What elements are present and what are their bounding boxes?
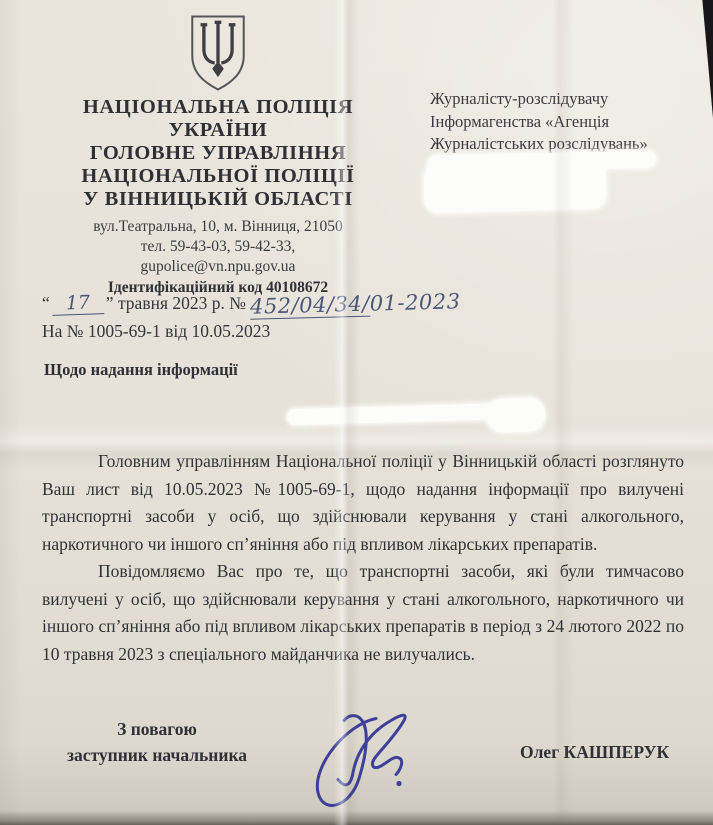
redaction-recipient-address [423, 161, 606, 214]
signer-position: заступник начальника [42, 742, 272, 768]
scanned-letter-page: НАЦІОНАЛЬНА ПОЛІЦІЯ УКРАЇНИ ГОЛОВНЕ УПРА… [0, 0, 713, 825]
handwritten-day: 17 [51, 291, 104, 316]
org-phone: тел. 59-43-03, 59-42-33, [43, 237, 393, 256]
photo-background-corner [700, 0, 713, 118]
org-name-line: НАЦІОНАЛЬНА ПОЛІЦІЯ [43, 96, 393, 119]
handwritten-outgoing-number: 452/04/34/01-2023 [250, 289, 461, 319]
handwritten-signature [296, 684, 446, 825]
date-number-line: “17” травня 2023 р. № 452/04/34/01-2023 [42, 292, 562, 316]
photo-bottom-shadow [0, 811, 713, 825]
incoming-reference-line: На № 1005-69-1 від 10.05.2023 [42, 321, 562, 342]
closing-phrase: З повагою [42, 716, 272, 742]
reference-block: “17” травня 2023 р. № 452/04/34/01-2023 … [42, 292, 562, 342]
recipient-block: Журналісту-розслідувачу Інформагенства «… [430, 88, 695, 156]
org-name-line: НАЦІОНАЛЬНОЇ ПОЛІЦІЇ [43, 165, 393, 188]
body-paragraph-2: Повідомляємо Вас про те, що транспортні … [42, 558, 684, 668]
org-email: gupolice@vn.npu.gov.ua [43, 257, 393, 276]
org-name-line: У ВІННИЦЬКІЙ ОБЛАСТІ [43, 188, 393, 211]
subject-line: Щодо надання інформації [44, 360, 238, 380]
recipient-line: Інформагенства «Агенція [430, 111, 695, 134]
signoff-block: З повагою заступник начальника [42, 716, 272, 768]
printed-date-text: травня 2023 р. № [114, 293, 246, 313]
org-name-line: ГОЛОВНЕ УПРАВЛІННЯ [43, 142, 393, 165]
letterhead: НАЦІОНАЛЬНА ПОЛІЦІЯ УКРАЇНИ ГОЛОВНЕ УПРА… [43, 14, 393, 298]
close-quote: ” [106, 293, 114, 313]
signer-name: Олег КАШПЕРУК [520, 742, 669, 763]
recipient-line: Журналісту-розслідувачу [430, 88, 695, 111]
ukraine-trident-emblem-icon [184, 14, 252, 92]
org-name-line: УКРАЇНИ [43, 119, 393, 142]
org-address: вул.Театральна, 10, м. Вінниця, 21050 [43, 217, 393, 236]
open-quote: “ [42, 293, 50, 313]
redaction-mid-page [486, 397, 545, 433]
letter-body: Головним управлінням Національної поліці… [42, 448, 684, 668]
redaction-mid-page [287, 403, 519, 425]
body-paragraph-1: Головним управлінням Національної поліці… [42, 448, 684, 558]
